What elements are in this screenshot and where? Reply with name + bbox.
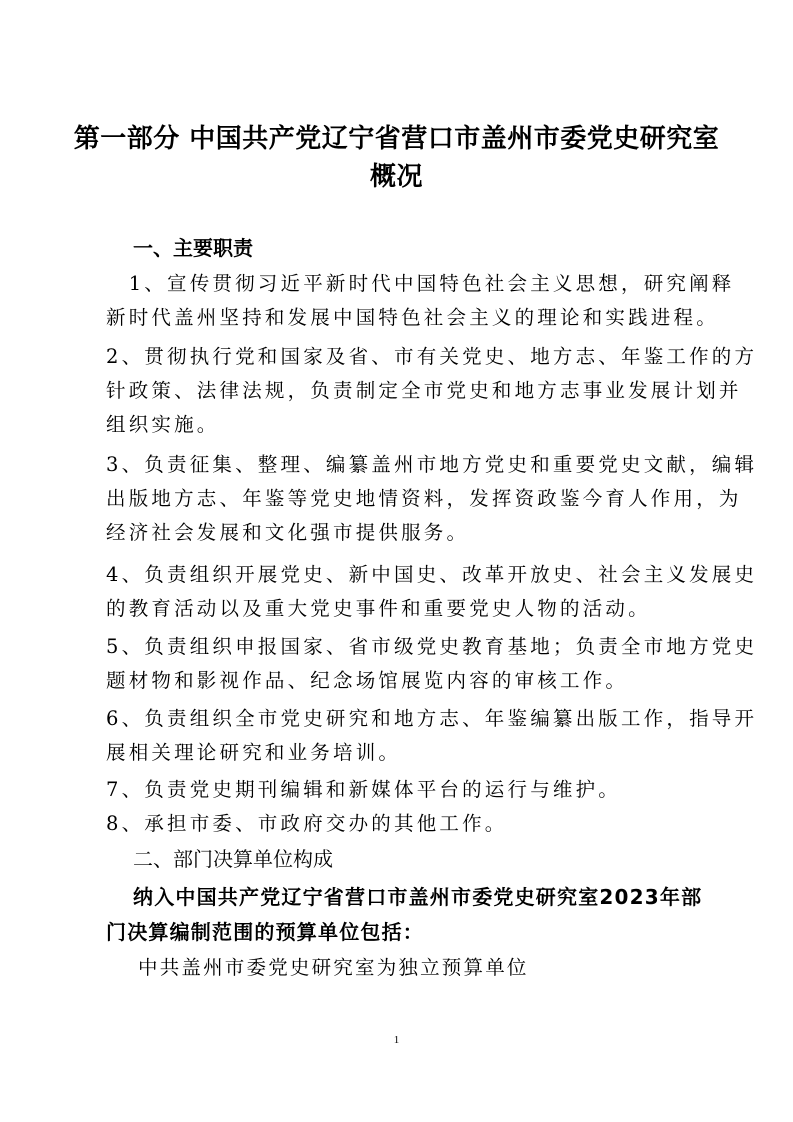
duty-item-2-line3: 组织实施。 — [106, 409, 220, 437]
duty-item-2-line1: 2、贯彻执行党和国家及省、市有关党史、地方志、年鉴工作的方 — [106, 341, 757, 369]
duty-item-4-line1: 4、负责组织开展党史、新中国史、改革开放史、社会主义发展史 — [106, 559, 757, 587]
page-title-line2: 概况 — [0, 156, 793, 193]
duty-item-3-line1: 3、负责征集、整理、编纂盖州市地方党史和重要党史文献，编辑 — [106, 449, 757, 477]
unit-scope-line1: 纳入中国共产党辽宁省营口市盖州市委党史研究室2023年部 — [133, 881, 702, 910]
duty-item-4-line2: 的教育活动以及重大党史事件和重要党史人物的活动。 — [106, 593, 651, 621]
duty-item-1-line2: 新时代盖州坚持和发展中国特色社会主义的理论和实践进程。 — [106, 302, 719, 330]
section-heading-main-duties: 一、主要职责 — [133, 232, 253, 261]
duty-item-1-line1: 1、宣传贯彻习近平新时代中国特色社会主义思想，研究阐释 — [106, 268, 735, 296]
duty-item-3-line3: 经济社会发展和文化强市提供服务。 — [106, 517, 469, 545]
section-heading-unit-composition: 二、部门决算单位构成 — [133, 843, 333, 872]
duty-item-8: 8、承担市委、市政府交办的其他工作。 — [106, 808, 508, 836]
page-title: 第一部分 中国共产党辽宁省营口市盖州市委党史研究室 — [0, 118, 793, 155]
duty-item-5-line2: 题材物和影视作品、纪念场馆展览内容的审核工作。 — [106, 665, 628, 693]
duty-item-7: 7、负责党史期刊编辑和新媒体平台的运行与维护。 — [106, 774, 621, 802]
duty-item-6-line1: 6、负责组织全市党史研究和地方志、年鉴编纂出版工作，指导开 — [106, 703, 757, 731]
duty-item-2-line2: 针政策、法律法规，负责制定全市党史和地方志事业发展计划并 — [106, 375, 742, 403]
duty-item-6-line2: 展相关理论研究和业务培训。 — [106, 737, 401, 765]
budget-unit-text: 中共盖州市委党史研究室为独立预算单位 — [138, 952, 529, 980]
duty-item-5-line1: 5、负责组织申报国家、省市级党史教育基地；负责全市地方党史 — [106, 631, 757, 659]
page-number: 1 — [0, 1034, 793, 1046]
duty-item-3-line2: 出版地方志、年鉴等党史地情资料，发挥资政鉴今育人作用，为 — [106, 483, 742, 511]
unit-scope-line2: 门决算编制范围的预算单位包括： — [106, 916, 424, 945]
